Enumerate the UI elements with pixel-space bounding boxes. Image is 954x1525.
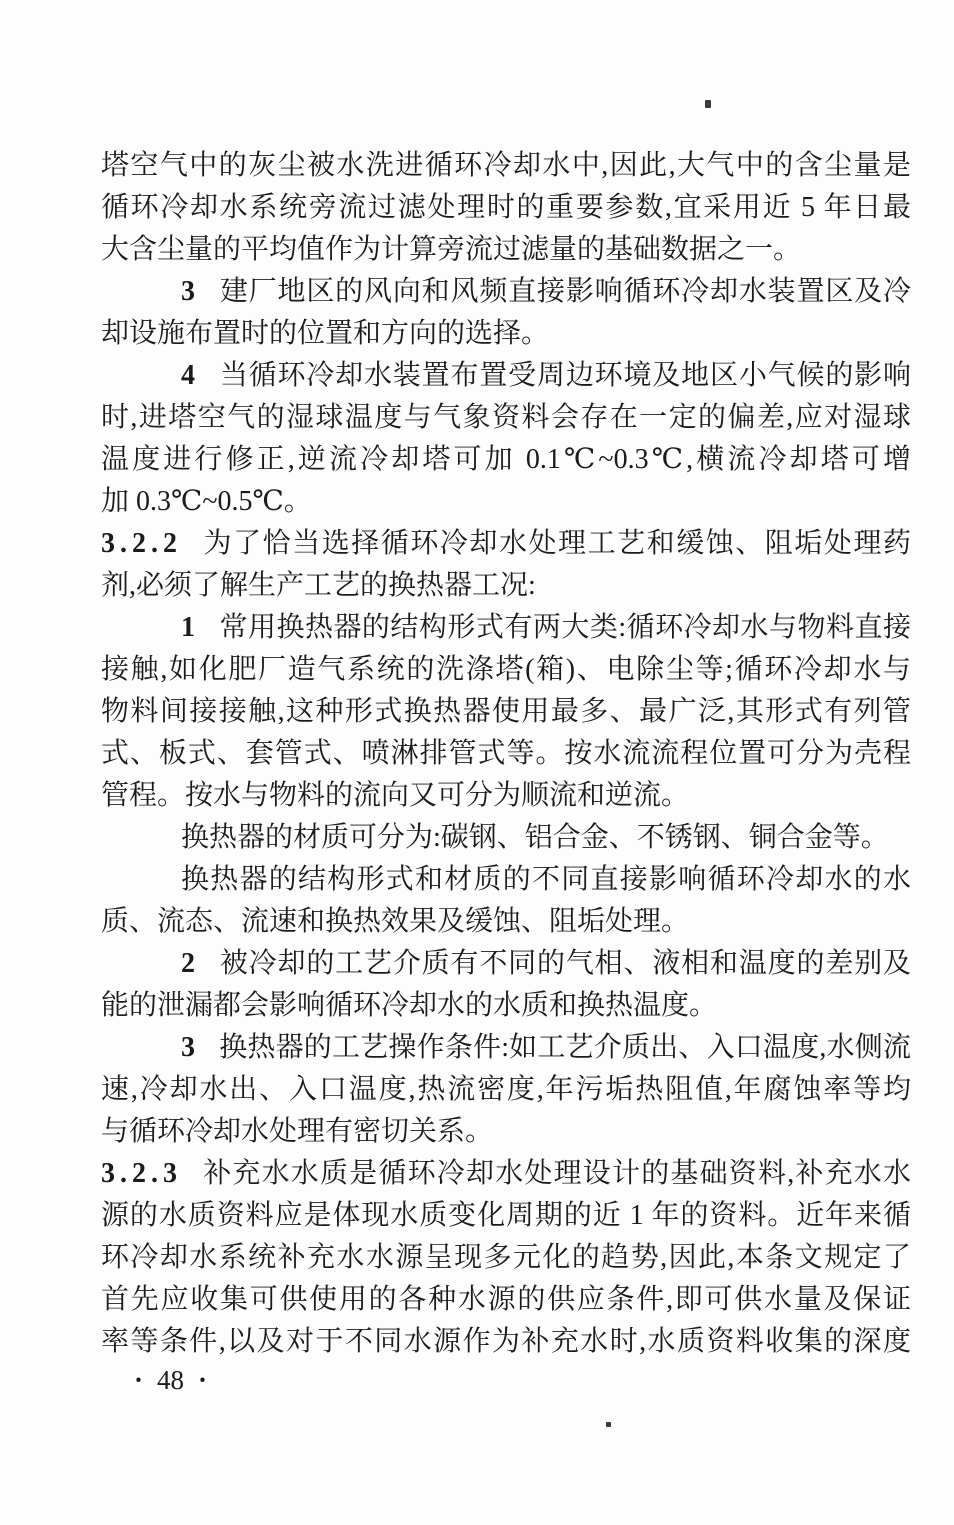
item-number: 3 — [181, 1032, 195, 1063]
body-text-line: 大含尘量的平均值作为计算旁流过滤量的基础数据之一。 — [101, 229, 911, 271]
line-text: 质、流态、流速和换热效果及缓蚀、阻垢处理。 — [101, 906, 689, 937]
line-text: 温度进行修正,逆流冷却塔可加 0.1℃~0.3℃,横流冷却塔可增 — [101, 444, 911, 475]
body-text-line: 率等条件,以及对于不同水源作为补充水时,水质资料收集的深度 — [101, 1321, 911, 1363]
line-text: 式、板式、套管式、喷淋排管式等。按水流流程位置可分为壳程和 — [101, 738, 911, 775]
line-text: 常用换热器的结构形式有两大类:循环冷却水与物料直接 — [219, 612, 911, 643]
body-text-line: 能的泄漏都会影响循环冷却水的水质和换热温度。 — [101, 985, 911, 1027]
body-text-line: 循环冷却水系统旁流过滤处理时的重要参数,宜采用近 5 年日最 — [101, 187, 911, 229]
page-number: 48 — [157, 1365, 184, 1395]
scan-speck — [606, 1422, 611, 1427]
body-text-line: 换热器的材质可分为:碳钢、铝合金、不锈钢、铜合金等。 — [101, 817, 911, 859]
body-text-line: 时,进塔空气的湿球温度与气象资料会存在一定的偏差,应对湿球 — [101, 397, 911, 439]
body-text-line: 接触,如化肥厂造气系统的洗涤塔(箱)、电除尘等;循环冷却水与 — [101, 649, 911, 691]
footer-right-dot: · — [198, 1365, 207, 1395]
body-text-line: 剂,必须了解生产工艺的换热器工况: — [101, 565, 911, 607]
footer-left-dot: · — [134, 1365, 143, 1395]
body-text-line: 首先应收集可供使用的各种水源的供应条件,即可供水量及保证 — [101, 1279, 911, 1321]
body-text-line: 温度进行修正,逆流冷却塔可加 0.1℃~0.3℃,横流冷却塔可增 — [101, 439, 911, 481]
body-text-line: 环冷却水系统补充水水源呈现多元化的趋势,因此,本条文规定了 — [101, 1237, 911, 1279]
section-heading-line: 3.2.2为了恰当选择循环冷却水处理工艺和缓蚀、阻垢处理药 — [101, 523, 911, 565]
line-text: 物料间接接触,这种形式换热器使用最多、最广泛,其形式有列管 — [101, 696, 911, 727]
body-text-line: 却设施布置时的位置和方向的选择。 — [101, 313, 911, 355]
body-text-line: 3换热器的工艺操作条件:如工艺介质出、入口温度,水侧流 — [101, 1027, 911, 1069]
clause-number: 3.2.3 — [101, 1158, 182, 1189]
line-text: 被冷却的工艺介质有不同的气相、液相和温度的差别及可 — [181, 948, 911, 985]
line-text: 能的泄漏都会影响循环冷却水的水质和换热温度。 — [101, 990, 717, 1021]
line-text: 时,进塔空气的湿球温度与气象资料会存在一定的偏差,应对湿球 — [101, 402, 911, 433]
scanned-document-page: 塔空气中的灰尘被水洗进循环冷却水中,因此,大气中的含尘量是循环冷却水系统旁流过滤… — [0, 0, 954, 1525]
line-text: 与循环冷却水处理有密切关系。 — [101, 1116, 493, 1147]
item-number: 2 — [181, 948, 195, 979]
body-text-line: 质、流态、流速和换热效果及缓蚀、阻垢处理。 — [101, 901, 911, 943]
line-text: 环冷却水系统补充水水源呈现多元化的趋势,因此,本条文规定了 — [101, 1242, 911, 1273]
body-text-line: 塔空气中的灰尘被水洗进循环冷却水中,因此,大气中的含尘量是 — [101, 145, 911, 187]
item-number: 4 — [181, 360, 195, 391]
body-text-line: 换热器的结构形式和材质的不同直接影响循环冷却水的水 — [101, 859, 911, 901]
line-text: 率等条件,以及对于不同水源作为补充水时,水质资料收集的深度 — [101, 1326, 911, 1357]
body-text-line: 物料间接接触,这种形式换热器使用最多、最广泛,其形式有列管 — [101, 691, 911, 733]
body-text-line: 速,冷却水出、入口温度,热流密度,年污垢热阻值,年腐蚀率等均 — [101, 1069, 911, 1111]
item-number: 3 — [181, 276, 195, 307]
scan-speck — [705, 100, 711, 108]
body-text-line: 加 0.3℃~0.5℃。 — [101, 481, 911, 523]
body-text-line: 源的水质资料应是体现水质变化周期的近 1 年的资料。近年来循 — [101, 1195, 911, 1237]
page-footer: ·48· — [134, 1362, 207, 1398]
line-text: 换热器的工艺操作条件:如工艺介质出、入口温度,水侧流 — [219, 1032, 911, 1063]
line-text: 塔空气中的灰尘被水洗进循环冷却水中,因此,大气中的含尘量是 — [101, 150, 911, 181]
line-text: 却设施布置时的位置和方向的选择。 — [101, 318, 549, 349]
line-text: 源的水质资料应是体现水质变化周期的近 1 年的资料。近年来循 — [101, 1200, 911, 1231]
clause-number: 3.2.2 — [101, 528, 182, 559]
line-text: 建厂地区的风向和风频直接影响循环冷却水装置区及冷 — [219, 276, 911, 307]
line-text: 循环冷却水系统旁流过滤处理时的重要参数,宜采用近 5 年日最 — [101, 192, 911, 223]
line-text: 大含尘量的平均值作为计算旁流过滤量的基础数据之一。 — [101, 234, 801, 265]
line-text: 加 0.3℃~0.5℃。 — [101, 486, 312, 517]
item-number: 1 — [181, 612, 195, 643]
body-text-line: 1常用换热器的结构形式有两大类:循环冷却水与物料直接 — [101, 607, 911, 649]
line-text: 剂,必须了解生产工艺的换热器工况: — [101, 570, 536, 601]
body-text-line: 管程。按水与物料的流向又可分为顺流和逆流。 — [101, 775, 911, 817]
body-text-line: 4当循环冷却水装置布置受周边环境及地区小气候的影响 — [101, 355, 911, 397]
body-text-line: 与循环冷却水处理有密切关系。 — [101, 1111, 911, 1153]
line-text: 首先应收集可供使用的各种水源的供应条件,即可供水量及保证 — [101, 1284, 911, 1315]
line-text: 当循环冷却水装置布置受周边环境及地区小气候的影响 — [219, 360, 911, 391]
line-text: 换热器的结构形式和材质的不同直接影响循环冷却水的水 — [181, 864, 911, 895]
line-text: 换热器的材质可分为:碳钢、铝合金、不锈钢、铜合金等。 — [181, 822, 889, 853]
text-block: 塔空气中的灰尘被水洗进循环冷却水中,因此,大气中的含尘量是循环冷却水系统旁流过滤… — [101, 145, 911, 1363]
line-text: 补充水水质是循环冷却水处理设计的基础资料,补充水水 — [202, 1158, 911, 1189]
body-text-line: 3建厂地区的风向和风频直接影响循环冷却水装置区及冷 — [101, 271, 911, 313]
body-text-line: 式、板式、套管式、喷淋排管式等。按水流流程位置可分为壳程和 — [101, 733, 911, 775]
line-text: 接触,如化肥厂造气系统的洗涤塔(箱)、电除尘等;循环冷却水与 — [101, 654, 911, 685]
line-text: 为了恰当选择循环冷却水处理工艺和缓蚀、阻垢处理药 — [202, 528, 911, 559]
section-heading-line: 3.2.3补充水水质是循环冷却水处理设计的基础资料,补充水水 — [101, 1153, 911, 1195]
line-text: 管程。按水与物料的流向又可分为顺流和逆流。 — [101, 780, 689, 811]
body-text-line: 2被冷却的工艺介质有不同的气相、液相和温度的差别及可 — [101, 943, 911, 985]
line-text: 速,冷却水出、入口温度,热流密度,年污垢热阻值,年腐蚀率等均 — [101, 1074, 911, 1105]
